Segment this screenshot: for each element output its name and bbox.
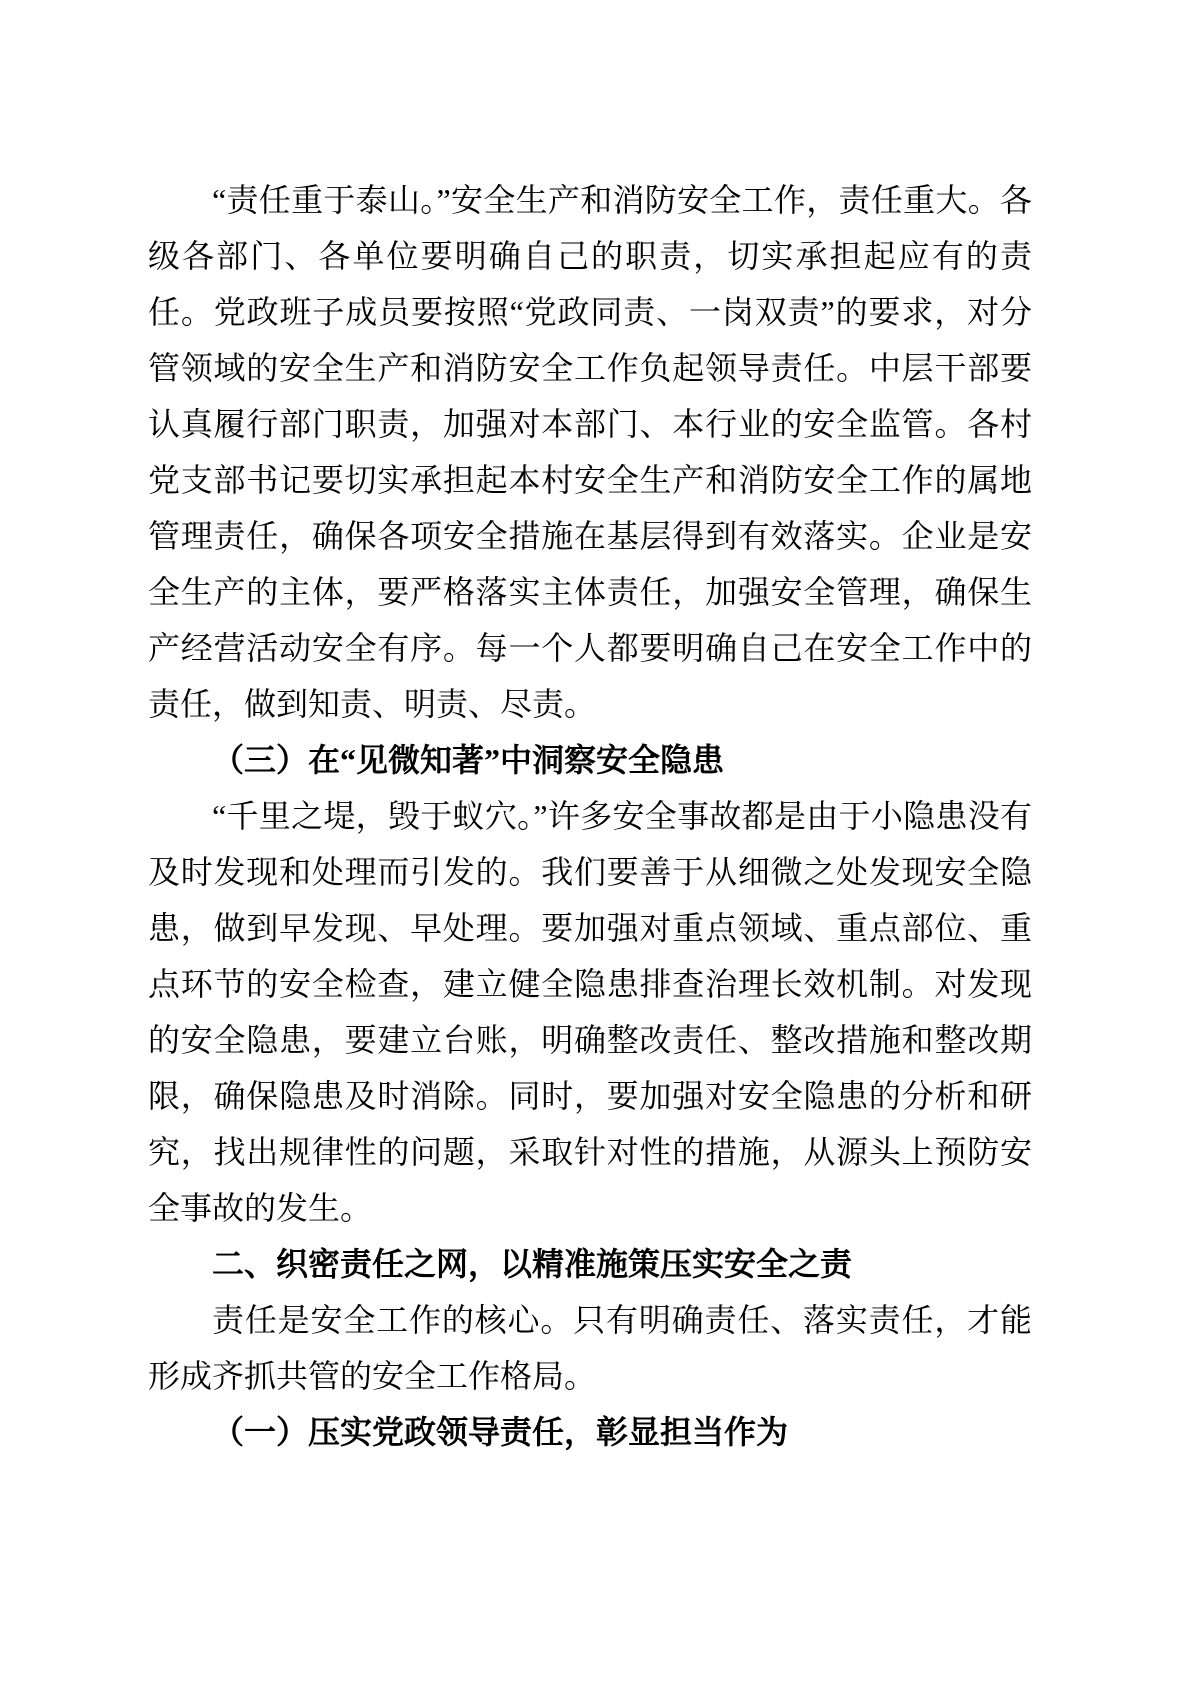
body-paragraph-responsibility: “责任重于泰山。”安全生产和消防安全工作，责任重大。各级各部门、各单位要明确自己… [148,172,1032,732]
chapter-heading-two: 二、织密责任之网，以精准施策压实安全之责 [148,1236,1032,1292]
document-page: “责任重于泰山。”安全生产和消防安全工作，责任重大。各级各部门、各单位要明确自己… [0,0,1190,1683]
subsection-heading-one: （一）压实党政领导责任，彰显担当作为 [148,1404,1032,1460]
subsection-heading-three: （三）在“见微知著”中洞察安全隐患 [148,732,1032,788]
body-paragraph-responsibility-core: 责任是安全工作的核心。只有明确责任、落实责任，才能形成齐抓共管的安全工作格局。 [148,1292,1032,1404]
body-paragraph-hidden-dangers: “千里之堤，毁于蚁穴。”许多安全事故都是由于小隐患没有及时发现和处理而引发的。我… [148,788,1032,1236]
